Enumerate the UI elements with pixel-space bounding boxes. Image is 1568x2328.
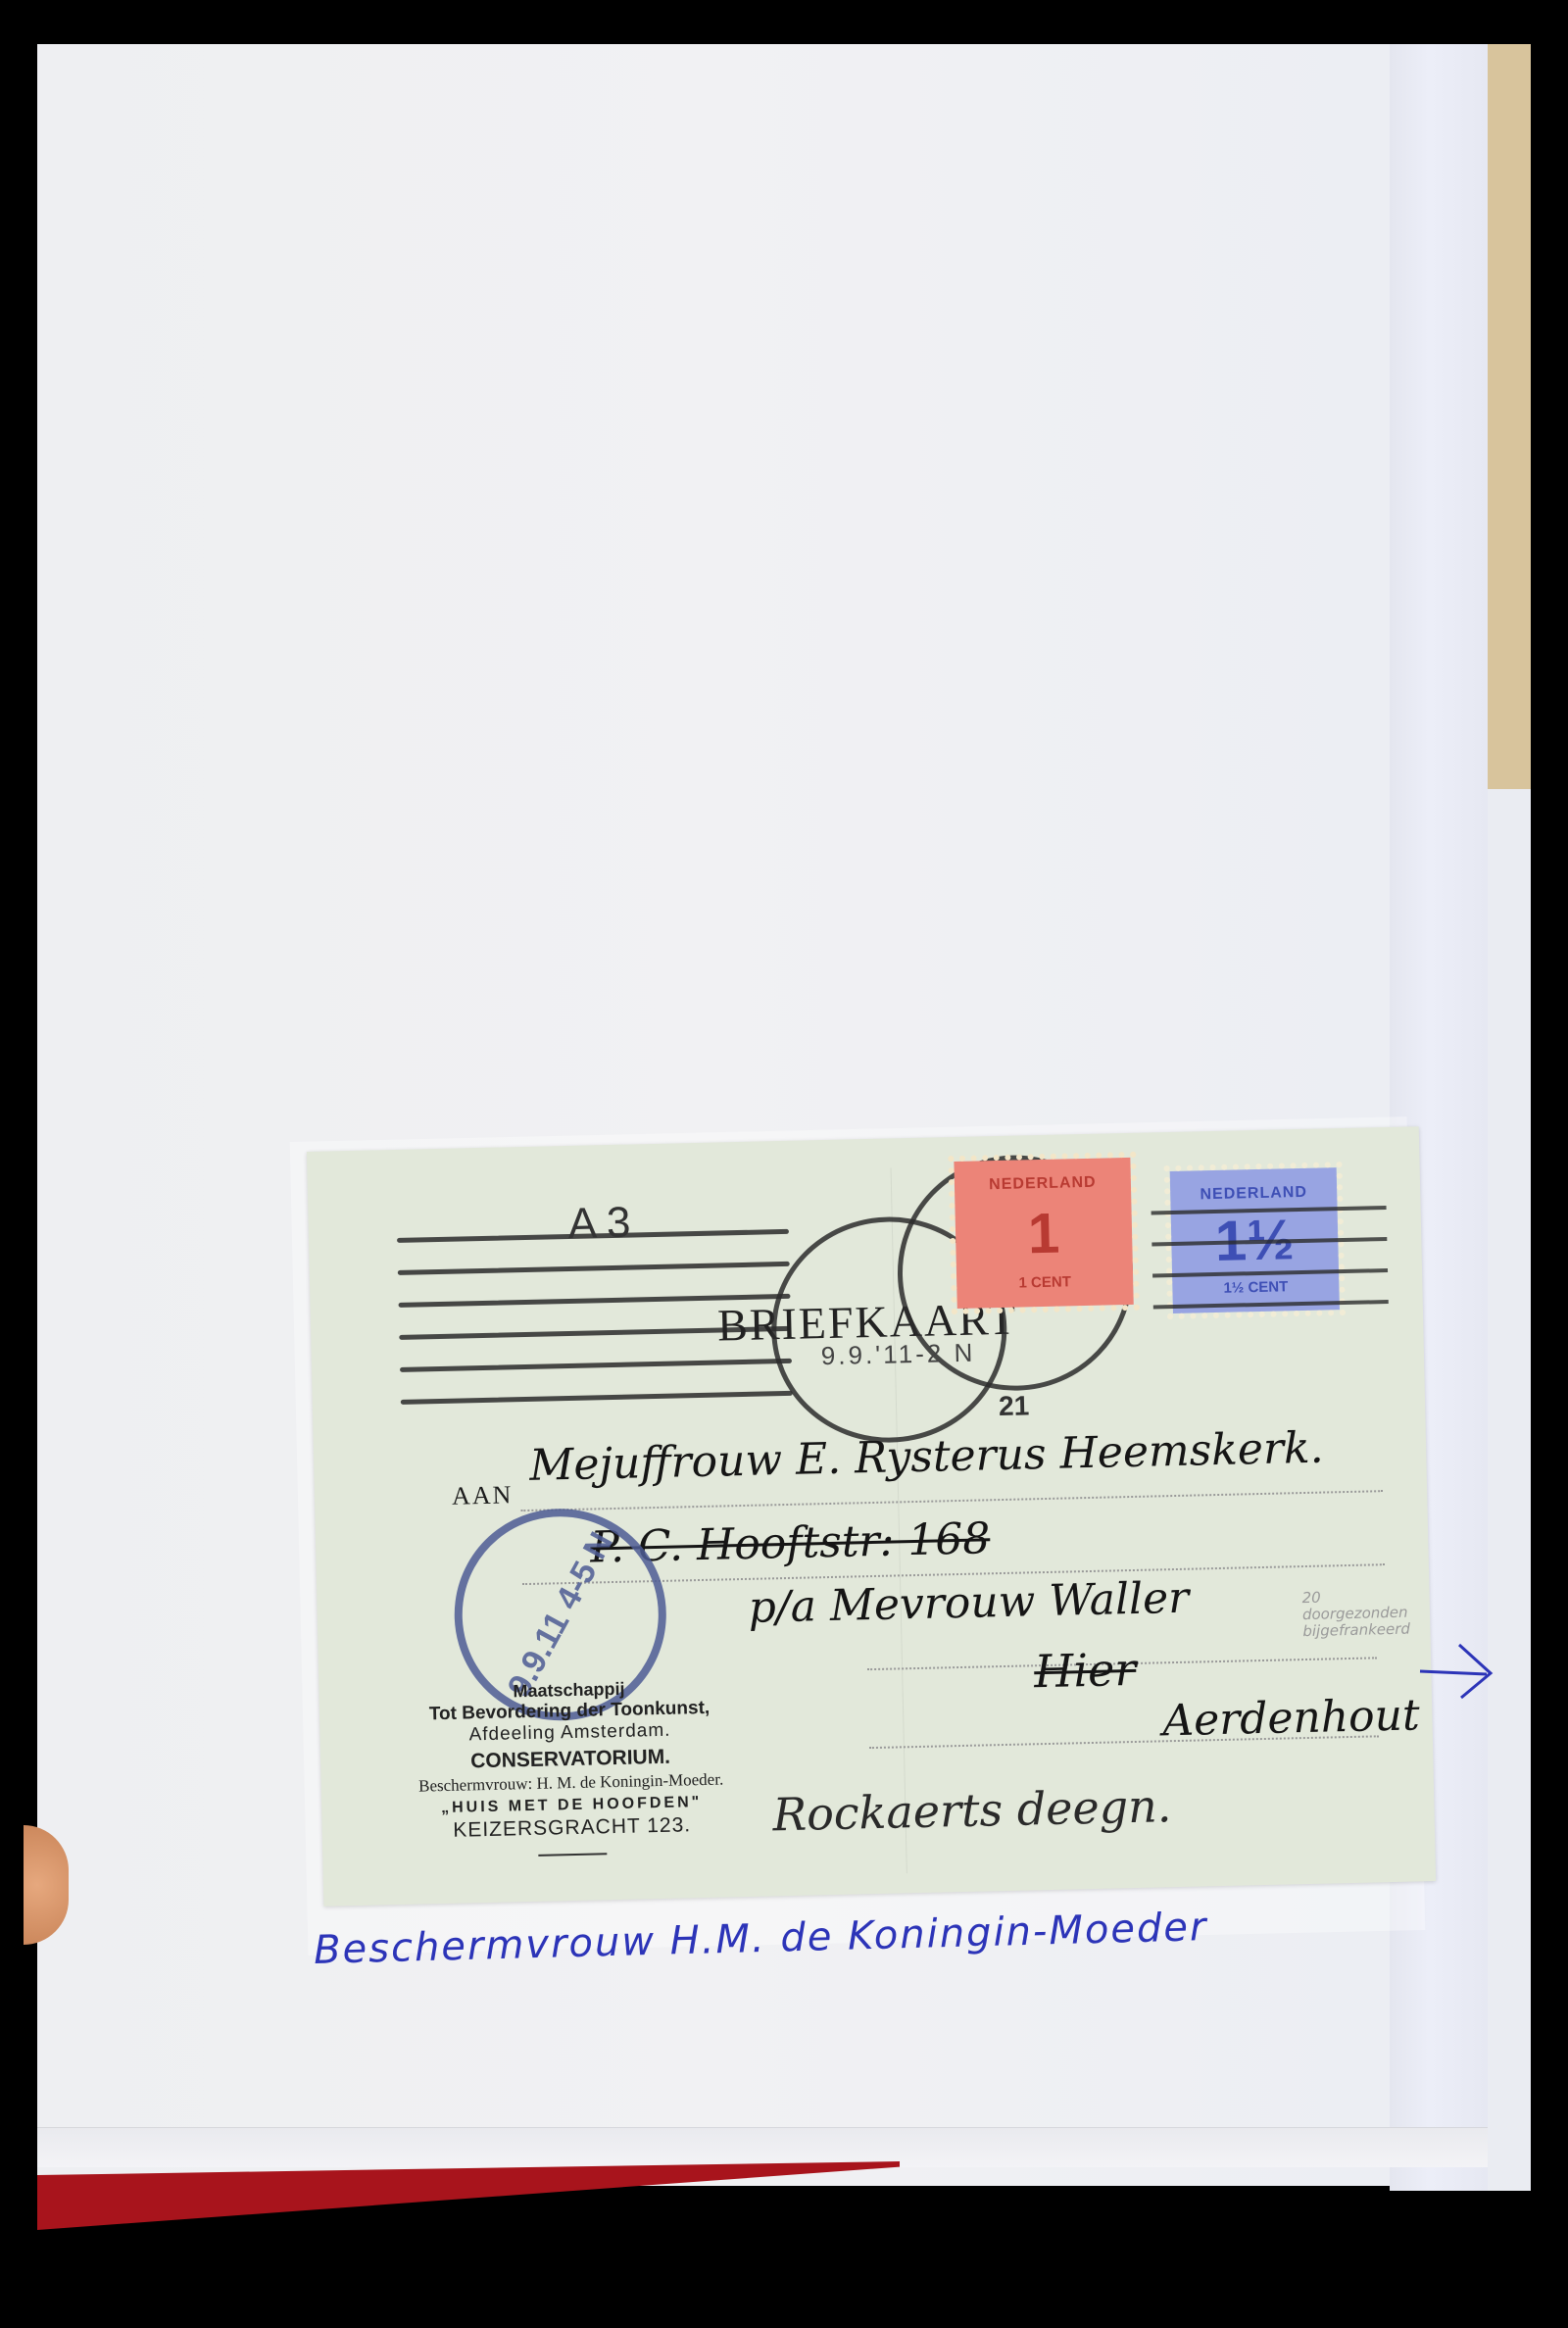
right-sheet xyxy=(1488,789,1531,2191)
stamp-1-cent: NEDERLAND 1 1 CENT xyxy=(954,1158,1133,1309)
new-city: Aerdenhout xyxy=(1162,1690,1420,1746)
machine-cancel-code: A 3 xyxy=(567,1199,631,1249)
wavy-cancel xyxy=(1151,1206,1390,1336)
stamp-value: 1 xyxy=(1027,1205,1060,1263)
pencil-line: bijgefrankeerd xyxy=(1302,1621,1410,1640)
care-of: p/a Mevrouw Waller xyxy=(748,1573,1190,1633)
stamp-denomination: 1 CENT xyxy=(1018,1273,1071,1291)
recipient-name: Mejuffrouw E. Rysterus Heemskerk. xyxy=(529,1423,1324,1491)
arrow-icon xyxy=(1418,1637,1496,1706)
pencil-note: 20 doorgezonden bijgefrankeerd xyxy=(1301,1588,1410,1640)
struck-city: Hier xyxy=(1034,1643,1137,1698)
forwarding-note: Rockaerts deegn. xyxy=(772,1779,1172,1841)
address-prefix: AAN xyxy=(452,1480,514,1511)
postmark-year: 21 xyxy=(999,1390,1030,1422)
postcard: A 3 BRIEFKAART 9.9.'11-2 N 21 NEDERLAND … xyxy=(307,1126,1436,1907)
postmark-date: 9.9.'11-2 N xyxy=(821,1338,976,1372)
stamp-country: NEDERLAND xyxy=(989,1174,1097,1194)
receiving-postmark-text: 9.9.11 4-5 N xyxy=(500,1526,620,1704)
stamp-country: NEDERLAND xyxy=(1200,1184,1307,1204)
background-card xyxy=(1488,44,1531,789)
ornament xyxy=(538,1853,607,1857)
sender-block: Maatschappij Tot Bevordering der Toonkun… xyxy=(358,1675,783,1860)
address-line xyxy=(520,1490,1383,1511)
page-bottom-edge xyxy=(37,2127,1488,2167)
